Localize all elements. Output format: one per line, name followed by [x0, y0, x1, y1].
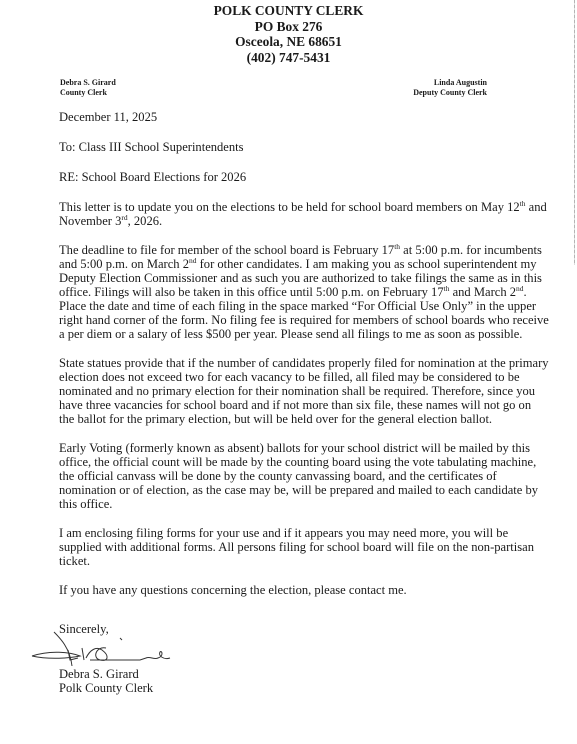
- paragraph-early-voting: Early Voting (formerly known as absent) …: [59, 441, 549, 511]
- office-name: POLK COUNTY CLERK: [0, 3, 577, 19]
- signature-icon: [30, 630, 190, 670]
- paragraph-deadline: The deadline to file for member of the s…: [59, 243, 549, 341]
- letterhead: POLK COUNTY CLERK PO Box 276 Osceola, NE…: [0, 3, 577, 65]
- city-state-zip: Osceola, NE 68651: [0, 34, 577, 50]
- clerk-title: County Clerk: [60, 88, 116, 98]
- deputy-clerk-block: Linda Augustin Deputy County Clerk: [413, 78, 487, 97]
- paragraph-contact: If you have any questions concerning the…: [59, 583, 549, 597]
- letter-recipient: To: Class III School Superintendents: [59, 140, 549, 154]
- paragraph-statutes: State statues provide that if the number…: [59, 356, 549, 426]
- po-box: PO Box 276: [0, 19, 577, 35]
- letter-body: December 11, 2025 To: Class III School S…: [59, 110, 549, 612]
- deputy-name: Linda Augustin: [413, 78, 487, 88]
- letter-date: December 11, 2025: [59, 110, 549, 124]
- signature-block: Debra S. Girard Polk County Clerk: [59, 667, 153, 695]
- clerk-name: Debra S. Girard: [60, 78, 116, 88]
- county-clerk-block: Debra S. Girard County Clerk: [60, 78, 116, 97]
- signer-name: Debra S. Girard: [59, 667, 153, 681]
- phone-number: (402) 747-5431: [0, 50, 577, 66]
- signer-title: Polk County Clerk: [59, 681, 153, 695]
- deputy-title: Deputy County Clerk: [413, 88, 487, 98]
- letter-subject: RE: School Board Elections for 2026: [59, 170, 549, 184]
- paragraph-forms: I am enclosing filing forms for your use…: [59, 526, 549, 568]
- paragraph-intro: This letter is to update you on the elec…: [59, 200, 549, 228]
